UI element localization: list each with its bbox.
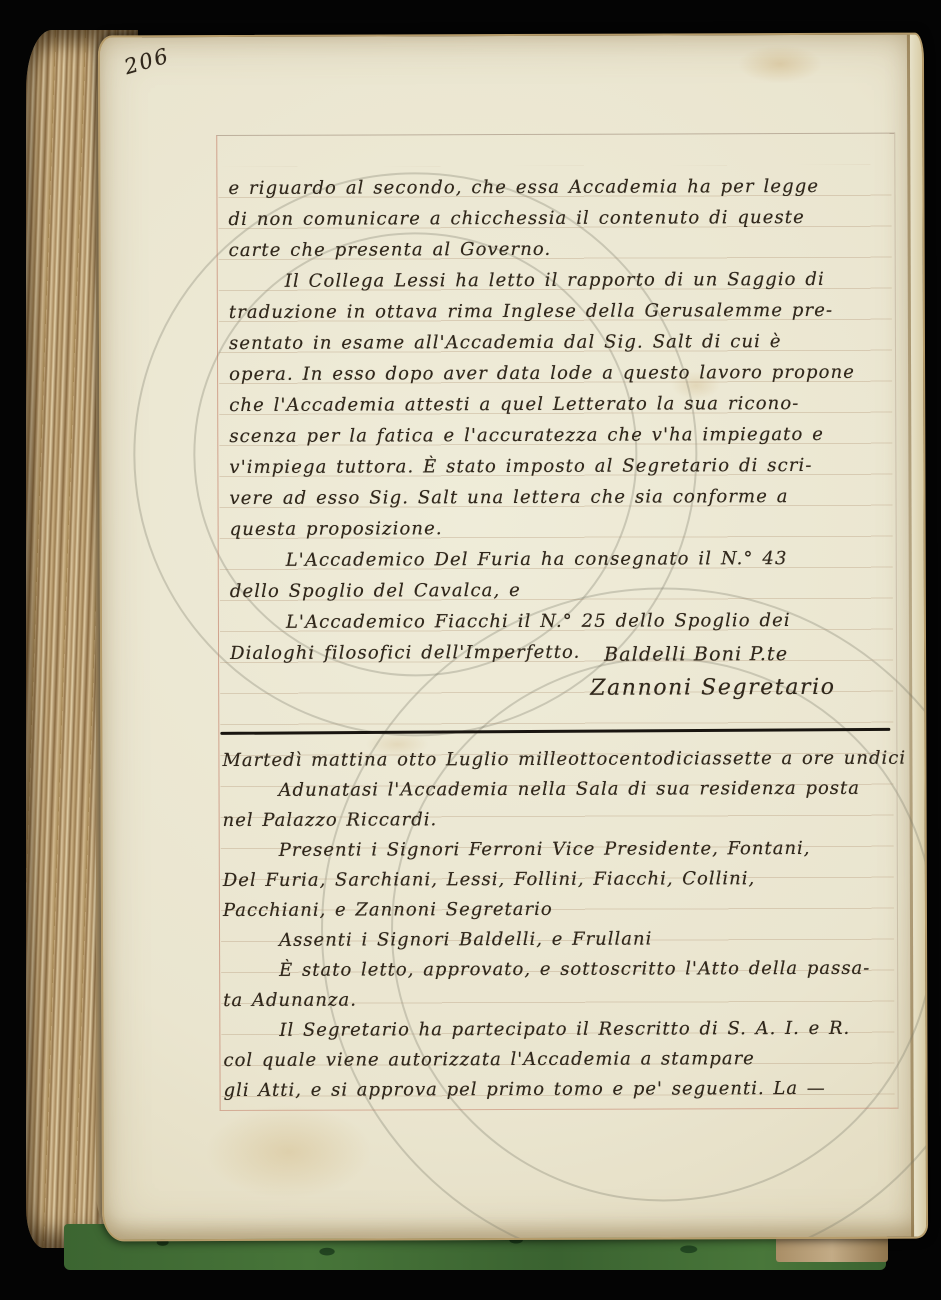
manuscript-line: Presenti i Signori Ferroni Vice Presiden… <box>223 834 907 866</box>
manuscript-page: 206 e riguardo al secondo, che essa Acca… <box>98 33 928 1242</box>
folio-page-number: 206 <box>122 43 173 79</box>
manuscript-line: di non comunicare a chicchessia il conte… <box>228 202 854 235</box>
manuscript-line: vere ad esso Sig. Salt una lettera che s… <box>229 481 855 514</box>
manuscript-line: Adunatasi l'Accademia nella Sala di sua … <box>222 774 906 806</box>
manuscript-line: v'impiega tuttora. È stato imposto al Se… <box>229 450 855 483</box>
manuscript-line: L'Accademico Fiacchi il N.° 25 dello Spo… <box>230 605 856 638</box>
minutes-entry-1: e riguardo al secondo, che essa Accademi… <box>228 171 856 669</box>
scanned-manuscript-photo: 206 e riguardo al secondo, che essa Acca… <box>0 0 941 1300</box>
book-board-tan-patch <box>776 1236 888 1262</box>
manuscript-line: gli Atti, e si approva pel primo tomo e … <box>224 1074 908 1106</box>
manuscript-line: carte che presenta al Governo. <box>229 233 855 266</box>
manuscript-line: nel Palazzo Riccardi. <box>223 804 907 836</box>
manuscript-line: ta Adunanza. <box>223 984 907 1016</box>
manuscript-line: Assenti i Signori Baldelli, e Frullani <box>223 924 907 956</box>
minutes-entry-2: Martedì mattina otto Luglio milleottocen… <box>222 744 907 1106</box>
signature-president: Baldelli Boni P.te <box>604 643 788 666</box>
manuscript-line: questa proposizione. <box>230 512 856 545</box>
manuscript-line: sentato in esame all'Accademia dal Sig. … <box>229 326 855 359</box>
manuscript-line: Il Segretario ha partecipato il Rescritt… <box>223 1014 907 1046</box>
manuscript-line: Martedì mattina otto Luglio milleottocen… <box>222 744 906 776</box>
manuscript-line: Del Furia, Sarchiani, Lessi, Follini, Fi… <box>223 864 907 896</box>
manuscript-line: col quale viene autorizzata l'Accademia … <box>223 1044 907 1076</box>
paper-stain <box>720 37 840 91</box>
manuscript-line: Pacchiani, e Zannoni Segretario <box>223 894 907 926</box>
manuscript-line: Il Collega Lessi ha letto il rapporto di… <box>229 264 855 297</box>
signature-secretary: Zannoni Segretario <box>590 675 836 701</box>
manuscript-line: L'Accademico Del Furia ha consegnato il … <box>230 543 856 576</box>
manuscript-line: che l'Accademia attesti a quel Letterato… <box>229 388 855 421</box>
manuscript-line: traduzione in ottava rima Inglese della … <box>229 295 855 328</box>
manuscript-line: dello Spoglio del Cavalca, e <box>230 574 856 607</box>
manuscript-line: e riguardo al secondo, che essa Accademi… <box>228 171 854 204</box>
manuscript-line: opera. In esso dopo aver data lode a que… <box>229 357 855 390</box>
manuscript-line: scenza per la fatica e l'accuratezza che… <box>229 419 855 452</box>
manuscript-line: È stato letto, approvato, e sottoscritto… <box>223 954 907 986</box>
